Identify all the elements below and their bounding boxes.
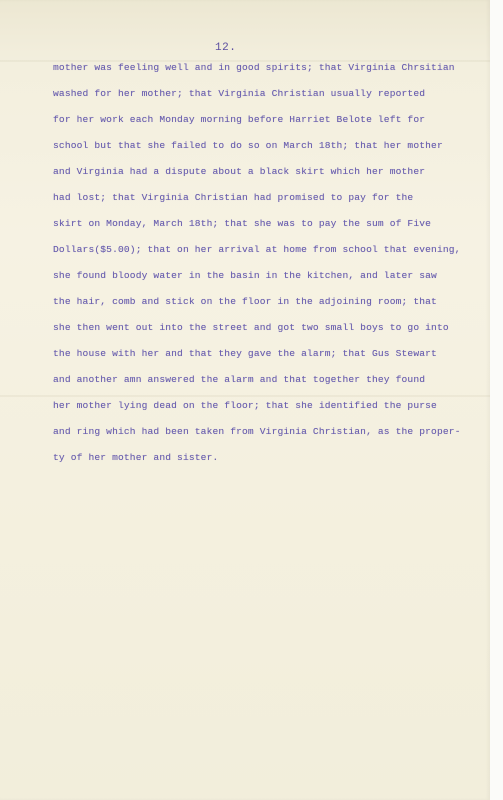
- text-line: she found bloody water in the basin in t…: [53, 270, 437, 281]
- text-line: and ring which had been taken from Virgi…: [53, 426, 461, 437]
- text-line: and Virginia had a dispute about a black…: [53, 166, 425, 177]
- text-line: mother was feeling well and in good spir…: [53, 62, 455, 73]
- document-page: 12. mother was feeling well and in good …: [0, 0, 490, 800]
- text-line: she then went out into the street and go…: [53, 322, 449, 333]
- text-line: the hair, comb and stick on the floor in…: [53, 296, 437, 307]
- text-line: for her work each Monday morning before …: [53, 114, 425, 125]
- text-line: had lost; that Virginia Christian had pr…: [53, 192, 413, 203]
- text-line: school but that she failed to do so on M…: [53, 140, 443, 151]
- text-line: her mother lying dead on the floor; that…: [53, 400, 437, 411]
- text-line: Dollars($5.00); that on her arrival at h…: [53, 244, 461, 255]
- text-line: skirt on Monday, March 18th; that she wa…: [53, 218, 431, 229]
- text-line: washed for her mother; that Virginia Chr…: [53, 88, 425, 99]
- text-line: and another amn answered the alarm and t…: [53, 374, 425, 385]
- paper-crease: [0, 395, 490, 397]
- page-number: 12.: [215, 42, 236, 54]
- text-line: the house with her and that they gave th…: [53, 348, 437, 359]
- text-line: ty of her mother and sister.: [53, 452, 218, 463]
- page-edge: [490, 0, 503, 800]
